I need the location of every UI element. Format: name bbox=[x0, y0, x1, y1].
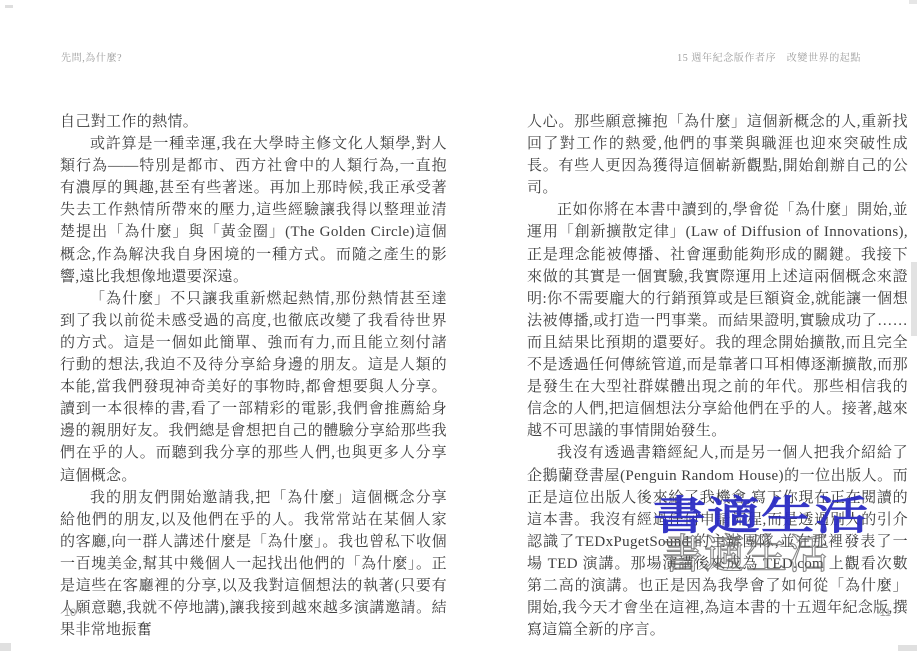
scan-edge-artifact bbox=[0, 643, 11, 651]
paragraph: 我沒有透過書籍經紀人,而是另一個人把我介紹給了企鵝蘭登書屋(Penguin Ra… bbox=[527, 442, 908, 641]
paragraph: 或許算是一種幸運,我在大學時主修文化人類學,對人類行為——特別是都市、西方社會中… bbox=[60, 133, 447, 288]
book-spread: 先問,為什麼? 15 週年紀念版作者序 改變世界的起點 自己對工作的熱情。或許算… bbox=[0, 0, 917, 651]
scan-edge-artifact bbox=[898, 645, 917, 651]
running-header-left: 先問,為什麼? bbox=[61, 49, 122, 64]
running-header-right: 15 週年紀念版作者序 改變世界的起點 bbox=[677, 49, 861, 64]
paragraph: 正如你將在本書中讀到的,學會從「為什麼」開始,並運用「創新擴散定律」(Law o… bbox=[527, 199, 908, 442]
left-page-text: 自己對工作的熱情。或許算是一種幸運,我在大學時主修文化人類學,對人類行為——特別… bbox=[60, 111, 447, 641]
right-page-text: 人心。那些願意擁抱「為什麼」這個新概念的人,重新找回了對工作的熱愛,他們的事業與… bbox=[527, 111, 908, 641]
paragraph: 人心。那些願意擁抱「為什麼」這個新概念的人,重新找回了對工作的熱愛,他們的事業與… bbox=[527, 111, 908, 199]
paragraph: 我的朋友們開始邀請我,把「為什麼」這個概念分享給他們的朋友,以及他們在乎的人。我… bbox=[60, 487, 447, 642]
scan-edge-artifact bbox=[5, 5, 13, 8]
page-number-left: 10 bbox=[64, 607, 76, 619]
scan-edge-artifact bbox=[909, 0, 917, 4]
page-number-right: 11 bbox=[880, 607, 891, 619]
paragraph: 自己對工作的熱情。 bbox=[60, 111, 447, 133]
paragraph: 「為什麼」不只讓我重新燃起熱情,那份熱情甚至達到了我以前從未感受過的高度,也徹底… bbox=[60, 288, 447, 487]
scan-edge-artifact bbox=[911, 262, 917, 336]
